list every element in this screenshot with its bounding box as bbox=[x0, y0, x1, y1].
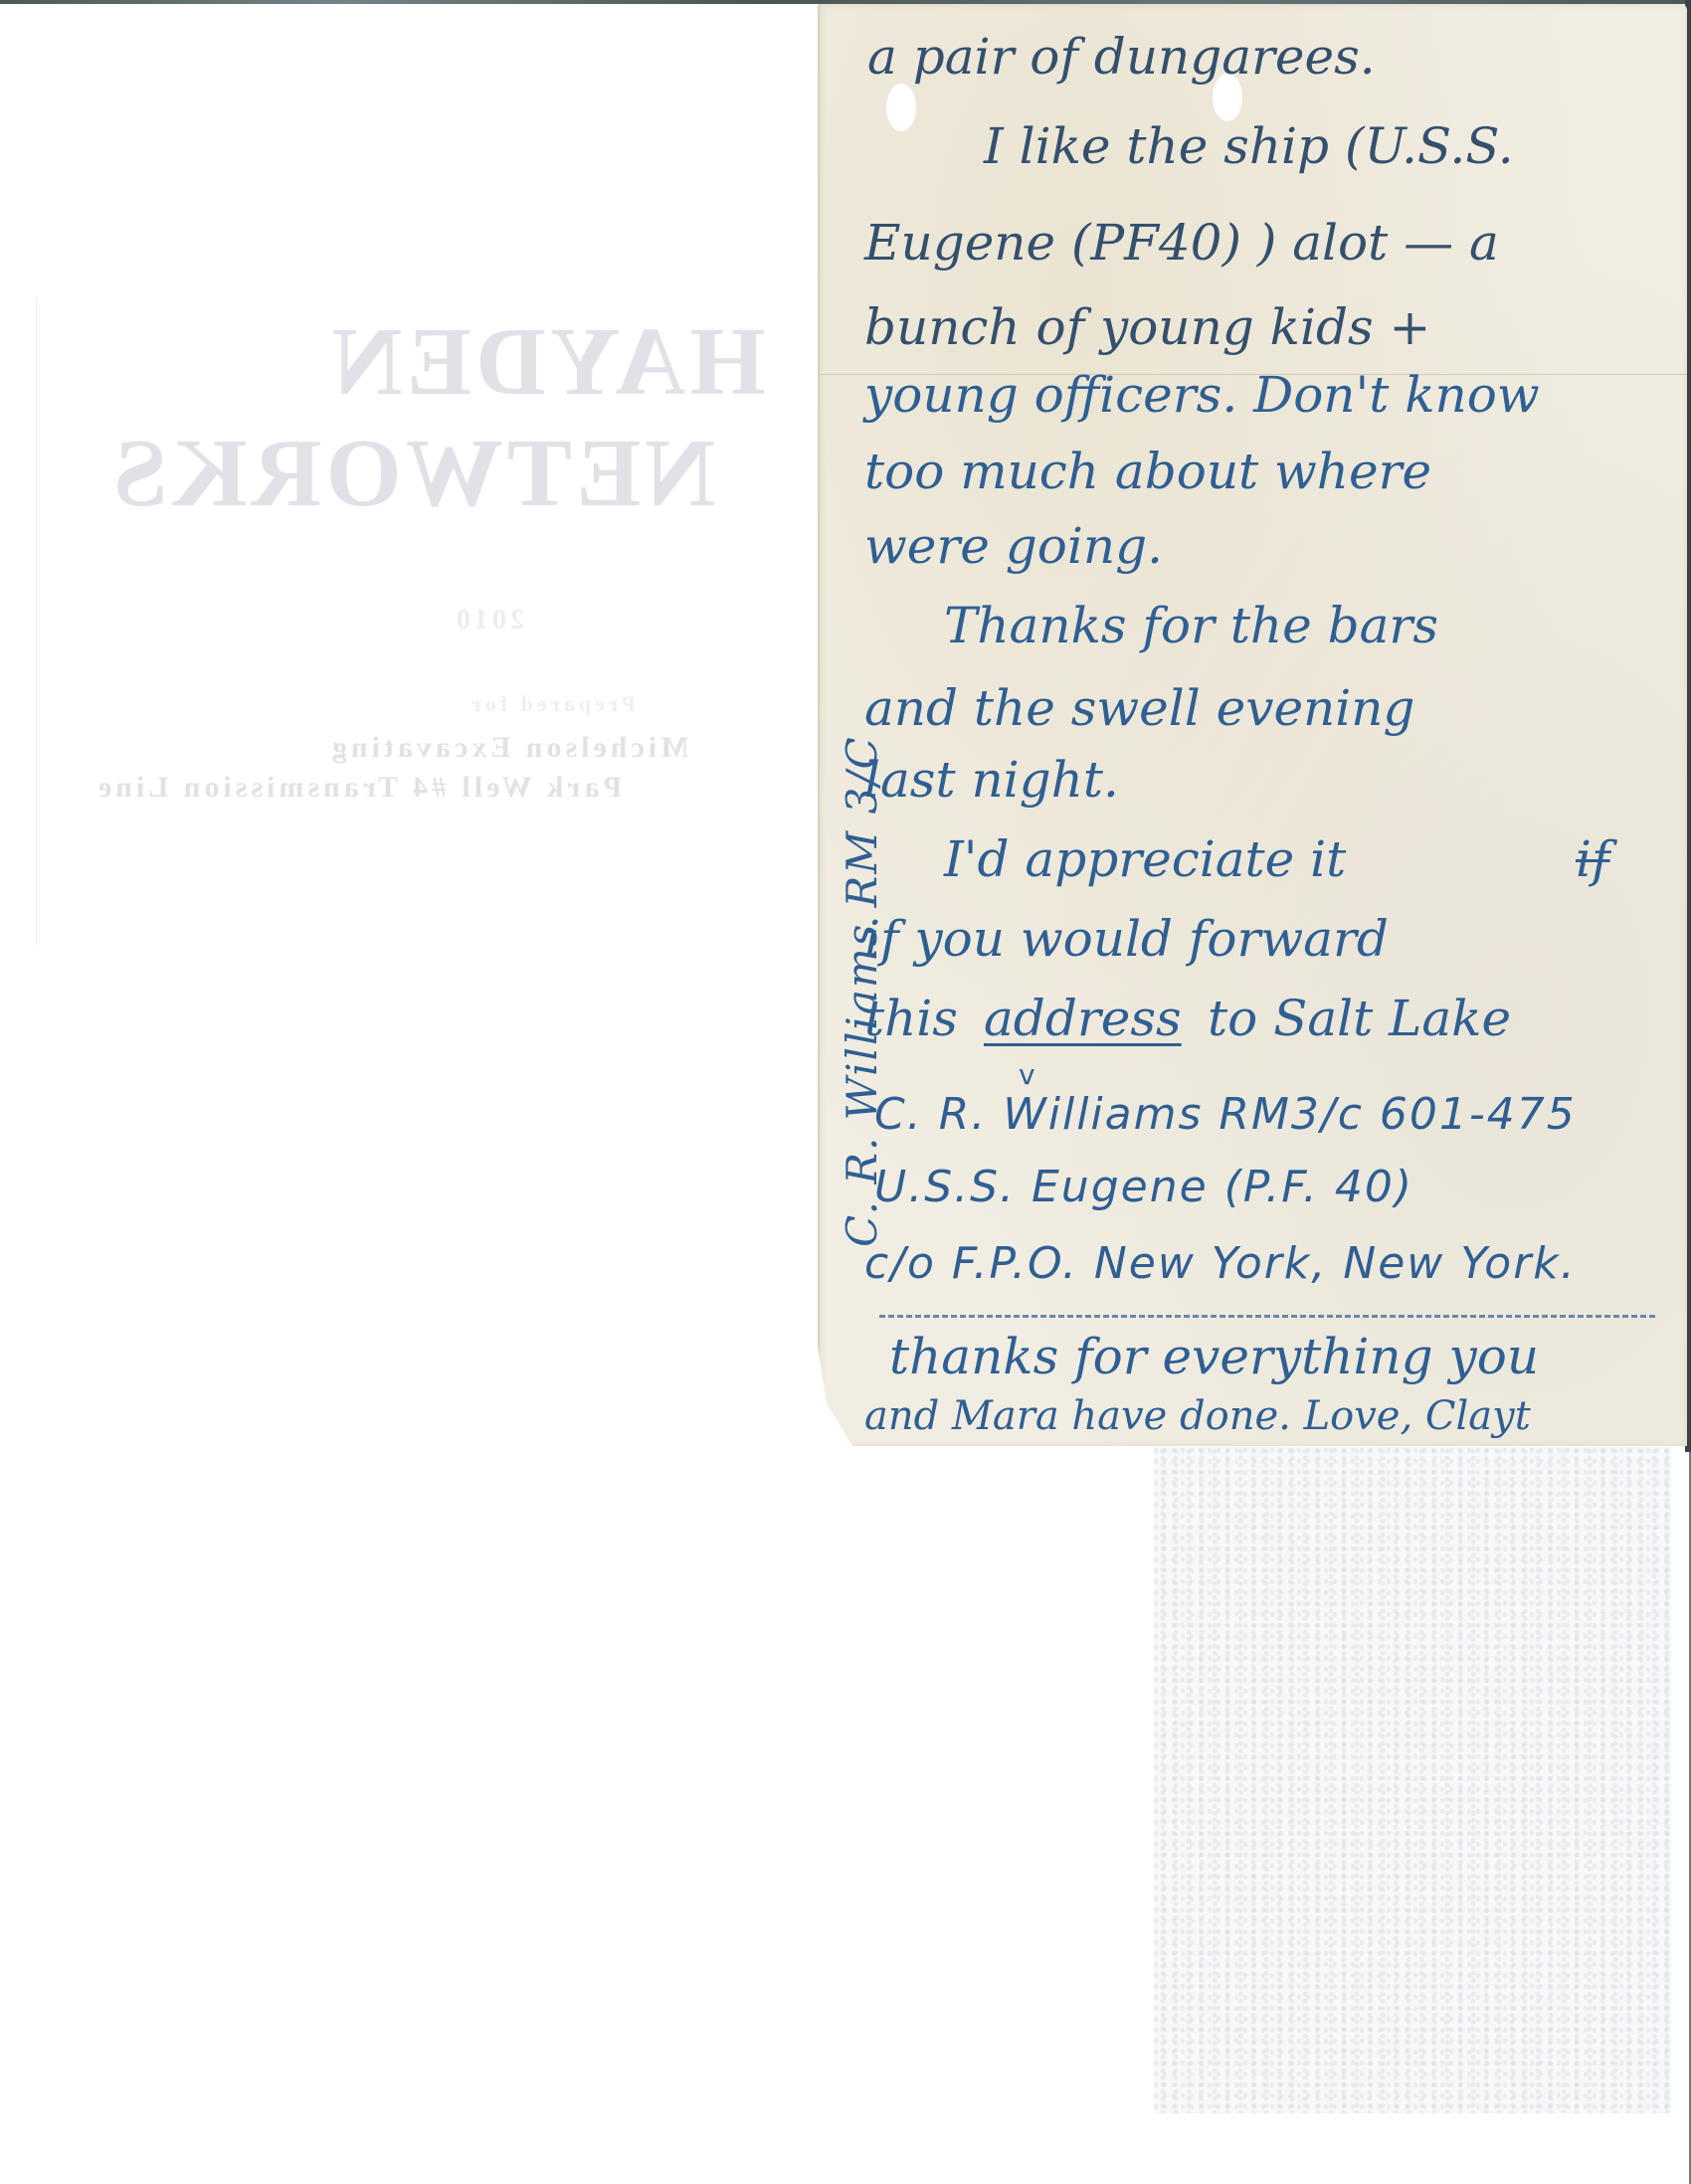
letter-line-8: Thanks for the bars bbox=[944, 601, 1438, 650]
letter-line-2: I like the ship (U.S.S. bbox=[984, 121, 1514, 171]
letter-line-5: young officers. Don't know bbox=[864, 370, 1540, 420]
speckled-backing-paper bbox=[1154, 1447, 1671, 2113]
letter-line-7: were going. bbox=[864, 521, 1163, 571]
insertion-caret-icon: v bbox=[1019, 1058, 1035, 1091]
letter-line-6: too much about where bbox=[864, 447, 1431, 496]
letter-line-1: a pair of dungarees. bbox=[867, 32, 1376, 82]
handwritten-letter-card: a pair of dungarees. I like the ship (U.… bbox=[818, 4, 1687, 1446]
bleed-through-line-2: Park Well #4 Transmission Line bbox=[94, 771, 622, 805]
margin-signature-vertical: C. R. Williams RM 3/C bbox=[838, 735, 886, 1247]
bleed-through-subtitle: 2010 bbox=[453, 605, 524, 637]
punch-hole-left bbox=[886, 84, 916, 131]
bleed-through-title-line-2: NETWORKS bbox=[109, 418, 715, 529]
letter-line-13-end: to Salt Lake bbox=[1208, 994, 1511, 1043]
letter-line-4: bunch of young kids + bbox=[864, 302, 1430, 352]
bleed-through-line-1: Michelson Excavating bbox=[328, 731, 689, 765]
address-line-1: C. R. Williams RM3/c 601-475 bbox=[874, 1093, 1577, 1137]
address-line-2: U.S.S. Eugene (P.F. 40) bbox=[874, 1166, 1413, 1209]
struck-word: if bbox=[1576, 834, 1610, 884]
underlined-word-address: address bbox=[984, 994, 1182, 1043]
address-line-3: c/o F.P.O. New York, New York. bbox=[864, 1242, 1577, 1286]
closing-line-1: thanks for everything you bbox=[889, 1332, 1539, 1381]
letter-line-12: if you would forward bbox=[864, 914, 1389, 964]
address-underline-dashes bbox=[879, 1307, 1655, 1318]
bleed-through-small-line: Prepared for bbox=[468, 691, 636, 717]
letter-line-3: Eugene (PF40) ) alot — a bbox=[864, 218, 1499, 268]
scan-top-edge bbox=[0, 0, 1691, 4]
closing-line-2: and Mara have done. Love, Clayt bbox=[864, 1396, 1531, 1436]
letter-line-11: I'd appreciate it bbox=[944, 834, 1346, 884]
letter-line-9: and the swell evening bbox=[864, 683, 1414, 733]
letter-line-10: last night. bbox=[864, 755, 1119, 805]
faint-margin-rule bbox=[36, 298, 37, 945]
bleed-through-title-line-1: HAYDEN bbox=[328, 306, 766, 418]
